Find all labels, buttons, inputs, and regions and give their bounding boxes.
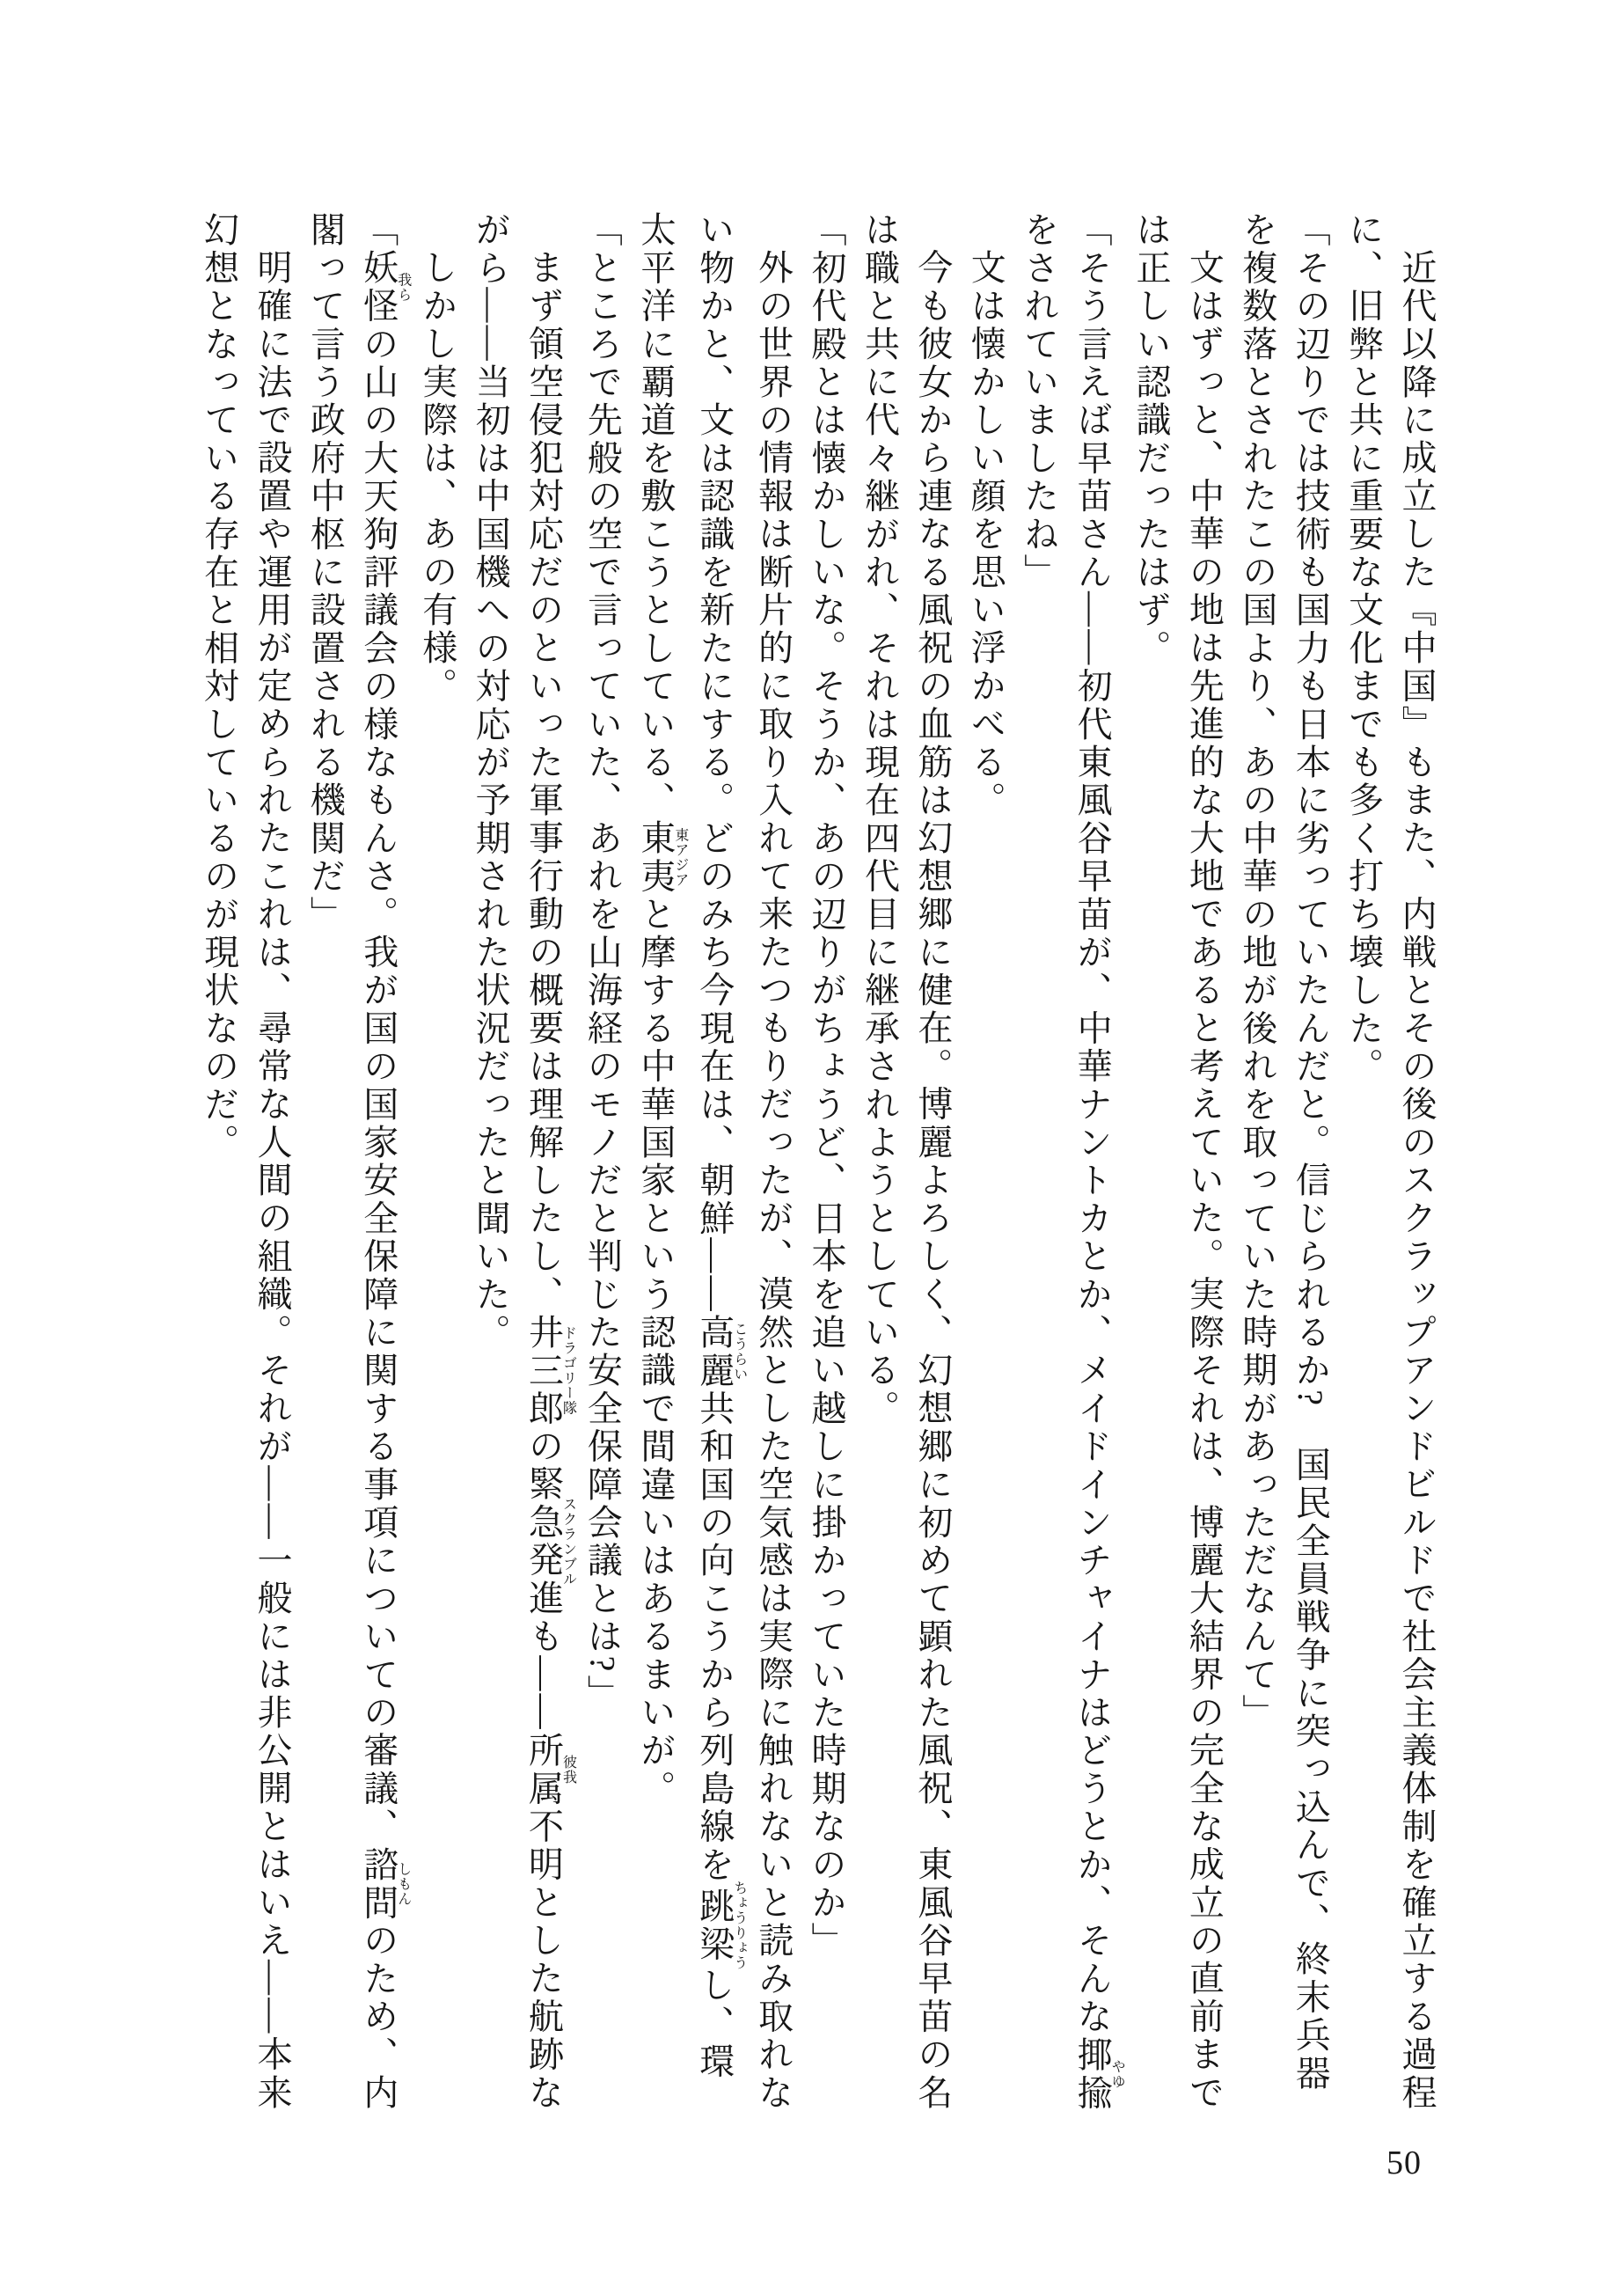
ruby-annotated-word: 所属彼我 <box>524 1732 564 1807</box>
text-block: 近代以降に成立した『中国』もまた、内戦とその後のスクラップアンドビルドで社会主義… <box>192 211 1443 2117</box>
text-column: 「ところで先般の空で言っていた、あれを山海経のモノだと判じた安全保障会議とは?」 <box>575 211 628 2117</box>
text-column: しかし実際は、あの有様。 <box>410 211 463 2117</box>
text-column: 幻想となっている存在と相対しているのが現状なのだ。 <box>192 211 245 2117</box>
text-column: 外の世界の情報は断片的に取り入れて来たつもりだったが、漠然とした空気感は実際に触… <box>746 211 799 2117</box>
text-column: い物かと、文は認識を新たにする。どのみち今現在は、朝鮮——高麗こうらい共和国の向… <box>687 211 746 2117</box>
text-column: 近代以降に成立した『中国』もまた、内戦とその後のスクラップアンドビルドで社会主義… <box>1390 211 1443 2117</box>
text-column: 「その辺りでは技術も国力も日本に劣っていたんだと。信じられるか? 国民全員戦争に… <box>1284 211 1336 2117</box>
text-column: まず領空侵犯対応だのといった軍事行動の概要は理解したし、井三郎ドラゴリー隊の緊急… <box>516 211 575 2117</box>
ruby-annotated-word: 諮問しもん <box>359 1846 399 1922</box>
ruby-annotated-word: 高麗こうらい <box>695 1314 735 1389</box>
text-column: 今も彼女から連なる風祝の血筋は幻想郷に健在。博麗よろしく、幻想郷に初めて顕れた風… <box>905 211 958 2117</box>
text-column: 閣って言う政府中枢に設置される機関だ」 <box>298 211 351 2117</box>
text-column: 文は懐かしい顔を思い浮かべる。 <box>959 211 1012 2117</box>
ruby-annotated-word: 緊急発進スクランブル <box>524 1465 564 1617</box>
text-column: 「初代殿とは懐かしいな。そうか、あの辺りがちょうど、日本を追い越しに掛かっていた… <box>800 211 852 2117</box>
text-column: は職と共に代々継がれ、それは現在四代目に継承されようとしている。 <box>852 211 905 2117</box>
ruby-annotated-word: 跳梁ちょうりょう <box>695 1884 735 1967</box>
ruby-annotated-word: 東夷東アジア <box>636 819 676 895</box>
text-column: 「妖怪我らの山の大天狗評議会の様なもんさ。我が国の国家安全保障に関する事項につい… <box>351 211 410 2117</box>
ruby-annotated-word: 妖怪我ら <box>359 249 399 325</box>
page-number: 50 <box>1386 2144 1422 2182</box>
text-column: を複数落とされたこの国より、あの中華の地が後れを取っていた時期があっただなんて」 <box>1230 211 1283 2117</box>
ruby-annotated-word: 揶揄やゆ <box>1072 2036 1112 2112</box>
text-column: 文はずっと、中華の地は先進的な大地であると考えていた。実際それは、博麗大結界の完… <box>1177 211 1230 2117</box>
book-page: 近代以降に成立した『中国』もまた、内戦とその後のスクラップアンドビルドで社会主義… <box>0 0 1624 2280</box>
text-column: をされていましたね」 <box>1012 211 1064 2117</box>
text-column: に、旧弊と共に重要な文化までも多く打ち壊した。 <box>1336 211 1389 2117</box>
text-column: 明確に法で設置や運用が定められたこれは、尋常な人間の組織。それが——一般には非公… <box>245 211 298 2117</box>
text-column: がら——当初は中国機への対応が予期された状況だったと聞いた。 <box>464 211 516 2117</box>
text-column: 太平洋に覇道を敷こうとしている、東夷東アジアと摩する中華国家という認識で間違いは… <box>628 211 687 2117</box>
text-column: 「そう言えば早苗さん——初代東風谷早苗が、中華ナントカとか、メイドインチャイナは… <box>1065 211 1124 2117</box>
text-column: は正しい認識だったはず。 <box>1124 211 1177 2117</box>
ruby-annotated-word: 井三郎ドラゴリー隊 <box>524 1314 564 1428</box>
